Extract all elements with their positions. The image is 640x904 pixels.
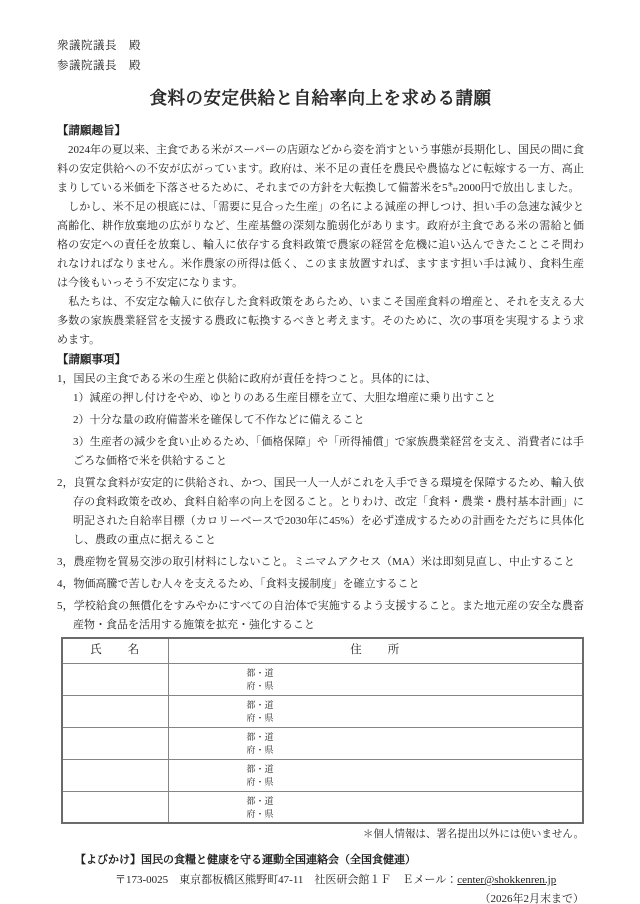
petition-item-1-sub-1: 1）減産の押し付けをやめ、ゆとりのある生産目標を立て、大胆な増産に乗り出すこと: [73, 389, 584, 408]
contact-address: 〒173-0025 東京都板橋区熊野町47-11 社医研会館１Ｆ Ｅメール：: [115, 874, 457, 886]
name-column-header: 氏 名: [62, 638, 168, 663]
petition-item-2: 2，良質な食料が安定的に供給され、かつ、国民一人一人がこれを入手できる環境を保障…: [57, 474, 584, 550]
section-heading-items: 【請願事項】: [57, 351, 584, 370]
contact-line: 〒173-0025 東京都板橋区熊野町47-11 社医研会館１Ｆ Ｅメール：ce…: [57, 870, 584, 890]
purpose-paragraph: 私たちは、不安定な輸入に依存した食料政策をあらため、いまこそ国産食料の増産と、そ…: [57, 293, 584, 350]
petition-item-1-sub-2: 2）十分な量の政府備蓄米を確保して不作などに備えること: [73, 411, 584, 430]
addressee-house-of-representatives: 衆議院議長 殿: [57, 36, 584, 56]
signature-row: 都・道 府・県: [62, 727, 583, 759]
name-cell: [62, 759, 168, 791]
section-heading-purpose: 【請願趣旨】: [57, 122, 584, 141]
petition-item-3: 3，農産物を貿易交渉の取引材料にしないこと。ミニマムアクセス（MA）米は即刻見直…: [57, 553, 584, 572]
prefecture-label: 都・道 府・県: [169, 792, 583, 822]
address-cell: 都・道 府・県: [168, 791, 583, 823]
addressee-house-of-councillors: 参議院議長 殿: [57, 56, 584, 76]
prefecture-label: 都・道 府・県: [169, 728, 583, 758]
petition-document: 衆議院議長 殿 参議院議長 殿 食料の安定供給と自給率向上を求める請願 【請願趣…: [0, 0, 640, 904]
name-cell: [62, 663, 168, 695]
signature-row: 都・道 府・県: [62, 759, 583, 791]
petition-item-5: 5，学校給食の無償化をすみやかにすべての自治体で実施するよう支援すること。また地…: [57, 597, 584, 635]
address-cell: 都・道 府・県: [168, 695, 583, 727]
purpose-paragraph: しかし、米不足の根底には、「需要に見合った生産」の名による減産の押しつけ、担い手…: [57, 198, 584, 293]
signature-row: 都・道 府・県: [62, 695, 583, 727]
name-cell: [62, 695, 168, 727]
email-link[interactable]: center@shokkenren.jp: [457, 874, 556, 886]
signature-row: 都・道 府・県: [62, 663, 583, 695]
petition-item-1: 1，国民の主食である米の生産と供給に政府が責任を持つこと。具体的には、: [57, 370, 584, 389]
name-cell: [62, 791, 168, 823]
signature-table-header-row: 氏 名 住 所: [62, 638, 583, 663]
prefecture-label: 都・道 府・県: [169, 760, 583, 790]
address-cell: 都・道 府・県: [168, 727, 583, 759]
deadline-note: （2026年2月末まで）: [57, 890, 584, 904]
signature-row: 都・道 府・県: [62, 791, 583, 823]
prefecture-label: 都・道 府・県: [169, 696, 583, 726]
petition-item-1-sub-3: 3）生産者の減少を食い止めるため、「価格保障」や「所得補償」で家族農業経営を支え…: [73, 433, 584, 471]
petition-item-4: 4，物価高騰で苦しむ人々を支えるため、「食料支援制度」を確立すること: [57, 575, 584, 594]
document-title: 食料の安定供給と自給率向上を求める請願: [57, 85, 584, 111]
name-cell: [62, 727, 168, 759]
signature-table: 氏 名 住 所 都・道 府・県 都・道 府・県: [61, 637, 584, 824]
address-cell: 都・道 府・県: [168, 663, 583, 695]
prefecture-label: 都・道 府・県: [169, 664, 583, 694]
address-column-header: 住 所: [168, 638, 583, 663]
purpose-paragraph: 2024年の夏以来、主食である米がスーパーの店頭などから姿を消すという事態が長期…: [57, 141, 584, 198]
organizer-line: 【よびかけ】国民の食糧と健康を守る運動全国連絡会（全国食健連）: [57, 850, 584, 870]
address-cell: 都・道 府・県: [168, 759, 583, 791]
privacy-note: ＊個人情報は、署名提出以外には使いません。: [57, 827, 584, 842]
